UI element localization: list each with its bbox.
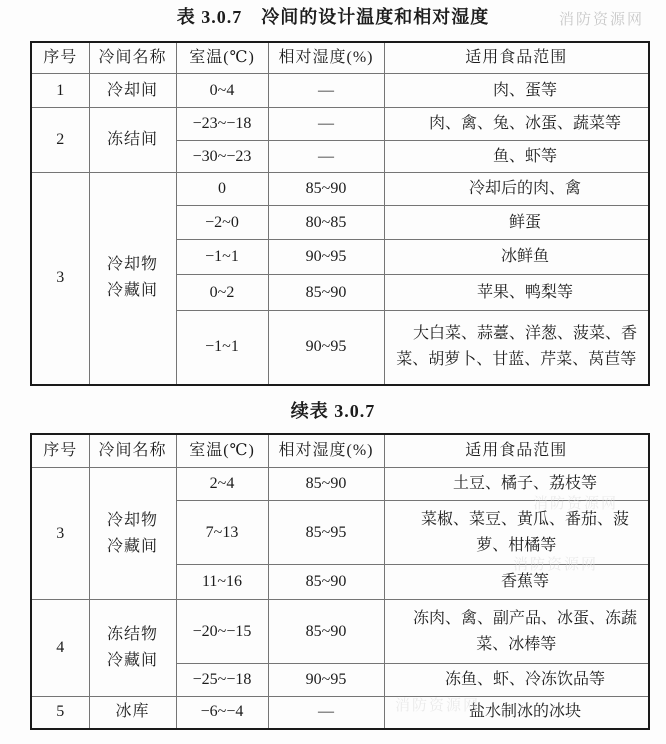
cell-humidity: — [268, 74, 384, 108]
table-row: 3 冷却物 冷藏间 2~4 85~90 土豆、橘子、荔枝等 [31, 468, 649, 501]
cell-foods: 鱼、虾等 [384, 141, 649, 173]
cell-humidity: — [268, 697, 384, 729]
cell-foods: 冰鲜鱼 [384, 240, 649, 275]
table-title-main: 表 3.0.7 冷间的设计温度和相对湿度 [0, 6, 666, 28]
table-row: 4 冻结物 冷藏间 −20~−15 85~90 冻肉、禽、副产品、冰蛋、冻蔬菜、… [31, 600, 649, 664]
cell-room-name: 冷却间 [89, 74, 176, 108]
cell-temp: 11~16 [176, 565, 268, 600]
cell-seq: 3 [31, 468, 89, 600]
cell-temp: −1~1 [176, 311, 268, 385]
cell-foods: 土豆、橘子、荔枝等 [384, 468, 649, 501]
cell-room-name: 冰库 [89, 697, 176, 729]
cell-seq: 4 [31, 600, 89, 697]
cell-humidity: 85~90 [268, 600, 384, 664]
cell-humidity: 90~95 [268, 311, 384, 385]
column-header-room-name: 冷间名称 [89, 42, 176, 74]
cell-temp: 7~13 [176, 501, 268, 565]
cell-temp: −2~0 [176, 206, 268, 240]
cell-humidity: — [268, 108, 384, 141]
cell-seq: 2 [31, 108, 89, 173]
cell-foods: 肉、禽、兔、冰蛋、蔬菜等 [384, 108, 649, 141]
column-header-temp: 室温(℃) [176, 42, 268, 74]
cell-room-name: 冷却物 冷藏间 [89, 468, 176, 600]
cell-seq: 3 [31, 173, 89, 385]
table-3-0-7: 序号 冷间名称 室温(℃) 相对湿度(%) 适用食品范围 1 冷却间 0~4 —… [30, 41, 650, 386]
table-row: 1 冷却间 0~4 — 肉、蛋等 [31, 74, 649, 108]
cell-room-name: 冻结物 冷藏间 [89, 600, 176, 697]
cell-humidity: 85~95 [268, 501, 384, 565]
cell-foods: 冻肉、禽、副产品、冰蛋、冻蔬菜、冰棒等 [384, 600, 649, 664]
cell-temp: −23~−18 [176, 108, 268, 141]
cell-humidity: — [268, 141, 384, 173]
cell-temp: −6~−4 [176, 697, 268, 729]
table-row: 3 冷却物 冷藏间 0 85~90 冷却后的肉、禽 [31, 173, 649, 206]
cell-humidity: 85~90 [268, 468, 384, 501]
cell-temp: 2~4 [176, 468, 268, 501]
table-row: 5 冰库 −6~−4 — 盐水制冰的冰块 [31, 697, 649, 729]
document-page: 表 3.0.7 冷间的设计温度和相对湿度 序号 冷间名称 室温(℃) 相对湿度(… [0, 0, 666, 744]
cell-temp: 0 [176, 173, 268, 206]
cell-humidity: 85~90 [268, 275, 384, 311]
cell-room-name: 冻结间 [89, 108, 176, 173]
column-header-humidity: 相对湿度(%) [268, 434, 384, 468]
column-header-foods: 适用食品范围 [384, 434, 649, 468]
page-content: 表 3.0.7 冷间的设计温度和相对湿度 序号 冷间名称 室温(℃) 相对湿度(… [0, 0, 666, 730]
cell-foods: 大白菜、蒜薹、洋葱、菠菜、香菜、胡萝卜、甘蓝、芹菜、莴苣等 [384, 311, 649, 385]
table-row: 2 冻结间 −23~−18 — 肉、禽、兔、冰蛋、蔬菜等 [31, 108, 649, 141]
cell-foods: 苹果、鸭梨等 [384, 275, 649, 311]
header-row: 序号 冷间名称 室温(℃) 相对湿度(%) 适用食品范围 [31, 434, 649, 468]
cell-seq: 5 [31, 697, 89, 729]
column-header-room-name: 冷间名称 [89, 434, 176, 468]
column-header-humidity: 相对湿度(%) [268, 42, 384, 74]
column-header-temp: 室温(℃) [176, 434, 268, 468]
cell-humidity: 80~85 [268, 206, 384, 240]
cell-foods: 鲜蛋 [384, 206, 649, 240]
cell-foods: 盐水制冰的冰块 [384, 697, 649, 729]
cell-foods: 肉、蛋等 [384, 74, 649, 108]
cell-seq: 1 [31, 74, 89, 108]
cell-temp: 0~4 [176, 74, 268, 108]
cell-foods: 冷却后的肉、禽 [384, 173, 649, 206]
cell-temp: −1~1 [176, 240, 268, 275]
cell-humidity: 85~90 [268, 173, 384, 206]
cell-temp: 0~2 [176, 275, 268, 311]
cell-temp: −20~−15 [176, 600, 268, 664]
table-3-0-7-continued: 序号 冷间名称 室温(℃) 相对湿度(%) 适用食品范围 3 冷却物 冷藏间 2… [30, 433, 650, 730]
cell-humidity: 85~90 [268, 565, 384, 600]
header-row: 序号 冷间名称 室温(℃) 相对湿度(%) 适用食品范围 [31, 42, 649, 74]
column-header-seq: 序号 [31, 42, 89, 74]
cell-foods: 香蕉等 [384, 565, 649, 600]
cell-humidity: 90~95 [268, 664, 384, 697]
cell-humidity: 90~95 [268, 240, 384, 275]
column-header-seq: 序号 [31, 434, 89, 468]
cell-temp: −30~−23 [176, 141, 268, 173]
cell-room-name: 冷却物 冷藏间 [89, 173, 176, 385]
column-header-foods: 适用食品范围 [384, 42, 649, 74]
cell-temp: −25~−18 [176, 664, 268, 697]
table-title-continued: 续表 3.0.7 [0, 400, 666, 422]
cell-foods: 菜椒、菜豆、黄瓜、番茄、菠萝、柑橘等 [384, 501, 649, 565]
cell-foods: 冻鱼、虾、冷冻饮品等 [384, 664, 649, 697]
